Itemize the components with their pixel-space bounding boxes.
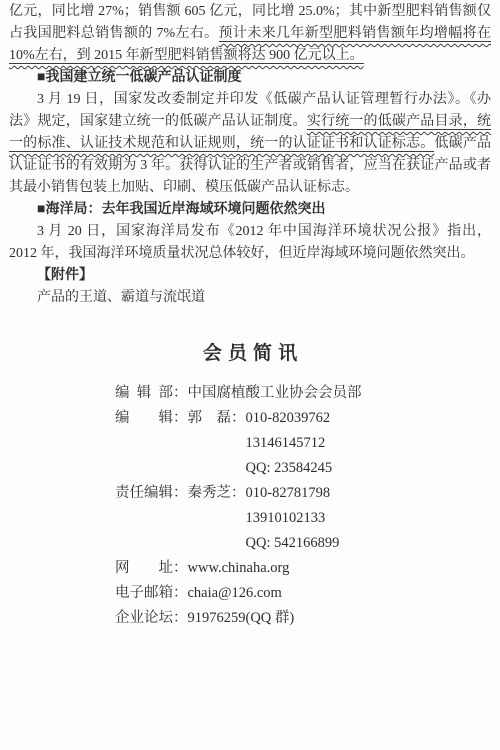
contact-phone-secondary: 13910102133 — [115, 506, 491, 531]
contact-colon: ： — [173, 560, 188, 576]
contact-colon: ： — [231, 485, 246, 501]
contact-label: 企业论坛 — [115, 606, 173, 631]
contact-colon: ： — [173, 610, 188, 626]
contact-label: 编 辑 部 — [115, 381, 173, 406]
attachment-title: 产品的王道、霸道与流氓道 — [9, 287, 491, 309]
contact-colon: ： — [231, 410, 246, 426]
document-page: 亿元，同比增 27%；销售额 605 亿元，同比增 25.0%；其中新型肥料销售… — [0, 0, 500, 750]
heading-low-carbon-certification: ■我国建立统一低碳产品认证制度 — [9, 67, 491, 89]
contact-label: 编 辑 — [115, 406, 173, 431]
contact-colon: ： — [173, 485, 188, 501]
contact-row-managing-editor: 责任编辑：秦秀芝：010-82781798 — [115, 481, 491, 506]
contact-phone: 010-82039762 — [246, 410, 331, 426]
contact-row-editorial-dept: 编 辑 部：中国腐植酸工业协会会员部 — [115, 381, 491, 406]
attachment-label: 【附件】 — [9, 265, 491, 287]
contact-phone-secondary: 13146145712 — [115, 431, 491, 456]
contact-forum-id: 91976259(QQ 群) — [188, 610, 295, 626]
contact-colon: ： — [173, 385, 188, 401]
contact-row-forum: 企业论坛：91976259(QQ 群) — [115, 606, 491, 631]
paragraph-fertilizer-stats: 亿元，同比增 27%；销售额 605 亿元，同比增 25.0%；其中新型肥料销售… — [9, 1, 491, 67]
newsletter-title: 会员简讯 — [9, 339, 491, 369]
contact-person-name: 郭 磊 — [188, 406, 232, 431]
contact-colon: ： — [173, 410, 188, 426]
contact-qq: QQ: 23584245 — [115, 456, 491, 481]
paragraph-ocean-report: 3 月 20 日，国家海洋局发布《2012 年中国海洋环境状况公报》指出，201… — [9, 221, 491, 265]
contact-row-website: 网 址：www.chinaha.org — [115, 556, 491, 581]
contact-row-email: 电子邮箱：chaia@126.com — [115, 581, 491, 606]
contact-email-address: chaia@126.com — [188, 585, 282, 601]
contact-block: 编 辑 部：中国腐植酸工业协会会员部 编 辑：郭 磊：010-82039762 … — [115, 381, 491, 631]
contact-qq: QQ: 542166899 — [115, 531, 491, 556]
contact-label: 网 址 — [115, 556, 173, 581]
contact-phone: 010-82781798 — [246, 485, 331, 501]
contact-colon: ： — [173, 585, 188, 601]
contact-value: 中国腐植酸工业协会会员部 — [188, 385, 362, 401]
heading-ocean-bureau: ■海洋局：去年我国近岸海域环境问题依然突出 — [9, 199, 491, 221]
contact-person-name: 秦秀芝 — [188, 481, 232, 506]
paragraph-low-carbon: 3 月 19 日，国家发改委制定并印发《低碳产品认证管理暂行办法》。《办法》规定… — [9, 89, 491, 199]
contact-label: 责任编辑 — [115, 481, 173, 506]
contact-label: 电子邮箱 — [115, 581, 173, 606]
contact-row-editor: 编 辑：郭 磊：010-82039762 — [115, 406, 491, 431]
article-section: 亿元，同比增 27%；销售额 605 亿元，同比增 25.0%；其中新型肥料销售… — [9, 1, 491, 309]
contact-website-url: www.chinaha.org — [188, 560, 290, 576]
